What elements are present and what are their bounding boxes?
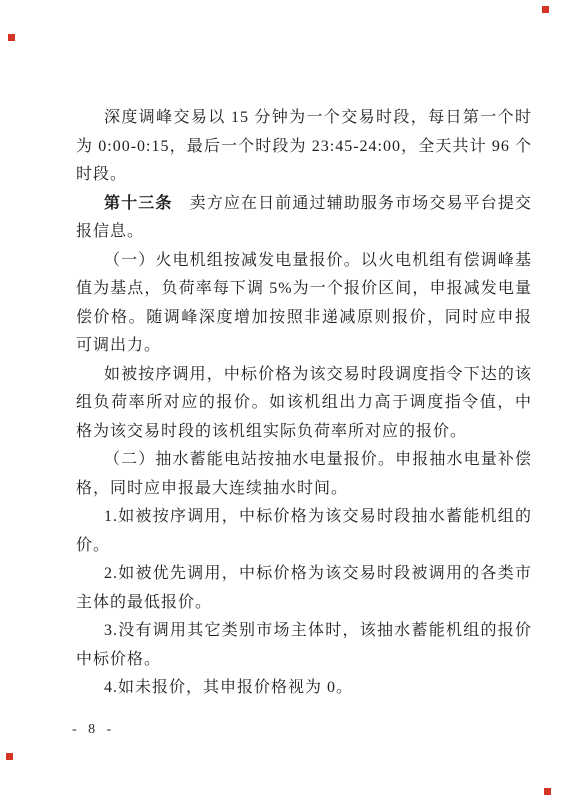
text-line: （二）抽水蓄能电站按抽水电量报价。申报抽水电量补偿价 (76, 446, 532, 475)
text-line: 主体的最低报价。 (76, 589, 532, 618)
text-line: 第十三条 卖方应在日前通过辅助服务市场交易平台提交申 (76, 190, 532, 219)
text-line: 1.如被按序调用，中标价格为该交易时段抽水蓄能机组的报 (76, 503, 532, 532)
text-line: 2.如被优先调用，中标价格为该交易时段被调用的各类市场 (76, 560, 532, 589)
text-line: 可调出力。 (76, 332, 532, 361)
document-page: 深度调峰交易以 15 分钟为一个交易时段，每日第一个时段为 0:00-0:15，… (0, 0, 566, 800)
page-number: - 8 - (72, 722, 115, 738)
text-line: 如被按序调用，中标价格为该交易时段调度指令下达的该机 (76, 361, 532, 390)
text-line: 组负荷率所对应的报价。如该机组出力高于调度指令值，中标价 (76, 389, 532, 418)
scan-corner-mark-bottom-left (6, 753, 13, 760)
text-line: 价。 (76, 532, 532, 561)
text-line: 深度调峰交易以 15 分钟为一个交易时段，每日第一个时段 (76, 104, 532, 133)
scan-corner-mark-top-left (8, 34, 15, 41)
scan-corner-mark-bottom-right (544, 788, 551, 795)
document-body: 深度调峰交易以 15 分钟为一个交易时段，每日第一个时段为 0:00-0:15，… (76, 104, 532, 703)
text-line: 格为该交易时段的该机组实际负荷率所对应的报价。 (76, 418, 532, 447)
text-line: 时段。 (76, 161, 532, 190)
text-line: （一）火电机组按减发电量报价。以火电机组有偿调峰基准 (76, 247, 532, 276)
scan-corner-mark-top-right (542, 6, 549, 13)
text-line: 值为基点，负荷率每下调 5%为一个报价区间，申报减发电量补 (76, 275, 532, 304)
text-line: 4.如未报价，其申报价格视为 0。 (76, 674, 532, 703)
text-line: 格，同时应申报最大连续抽水时间。 (76, 475, 532, 504)
text-line: 为 0:00-0:15，最后一个时段为 23:45-24:00，全天共计 96 … (76, 133, 532, 162)
text-line: 偿价格。随调峰深度增加按照非递减原则报价，同时应申报最小 (76, 304, 532, 333)
article-number: 第十三条 (104, 195, 173, 212)
text-line: 中标价格。 (76, 646, 532, 675)
text-line: 报信息。 (76, 218, 532, 247)
text-line: 3.没有调用其它类别市场主体时，该抽水蓄能机组的报价为 (76, 617, 532, 646)
